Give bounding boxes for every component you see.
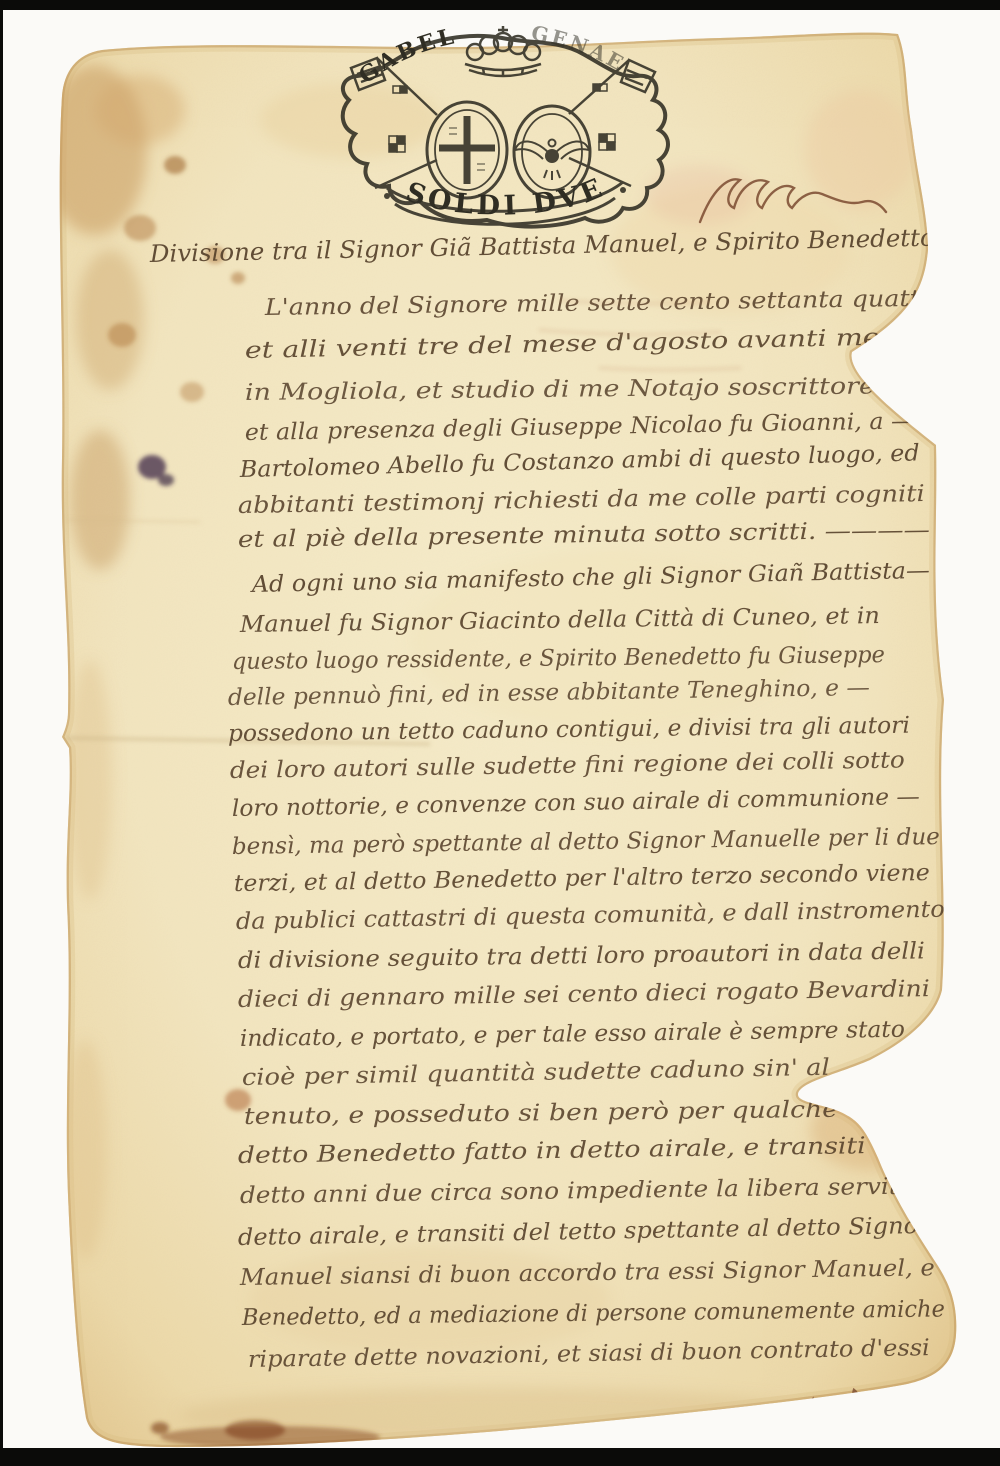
handwritten-text: Divisione tra il Signor Giã Battista Man… [149, 224, 946, 1373]
manuscript-scan: GABEL GENAE SOLDI DVE Divisione tra il S… [0, 0, 1000, 1466]
scanned-manuscript-page: GABEL GENAE SOLDI DVE Divisione tra il S… [0, 0, 1000, 1466]
savoy-cross-shield [427, 102, 507, 198]
